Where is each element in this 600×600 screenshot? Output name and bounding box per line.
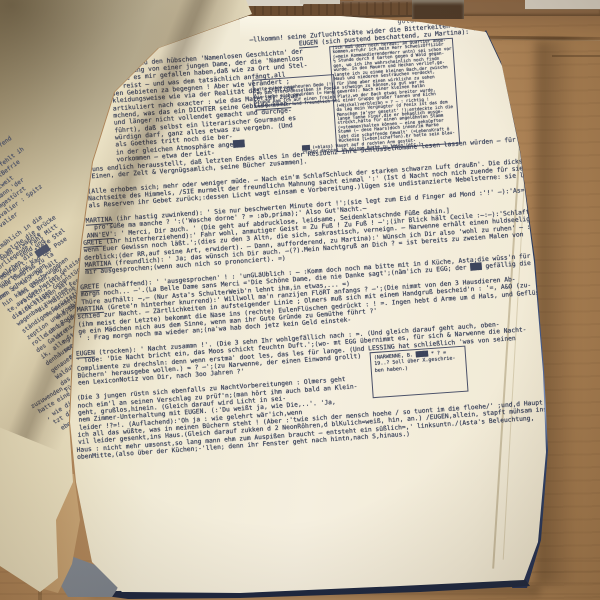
photo-of-open-typescript-book: { "colors":{"cardboard":"#b1885c","cardb… [0, 0, 600, 600]
torn-liner-strip [300, 0, 340, 4]
torn-liner-strip [525, 0, 600, 10]
